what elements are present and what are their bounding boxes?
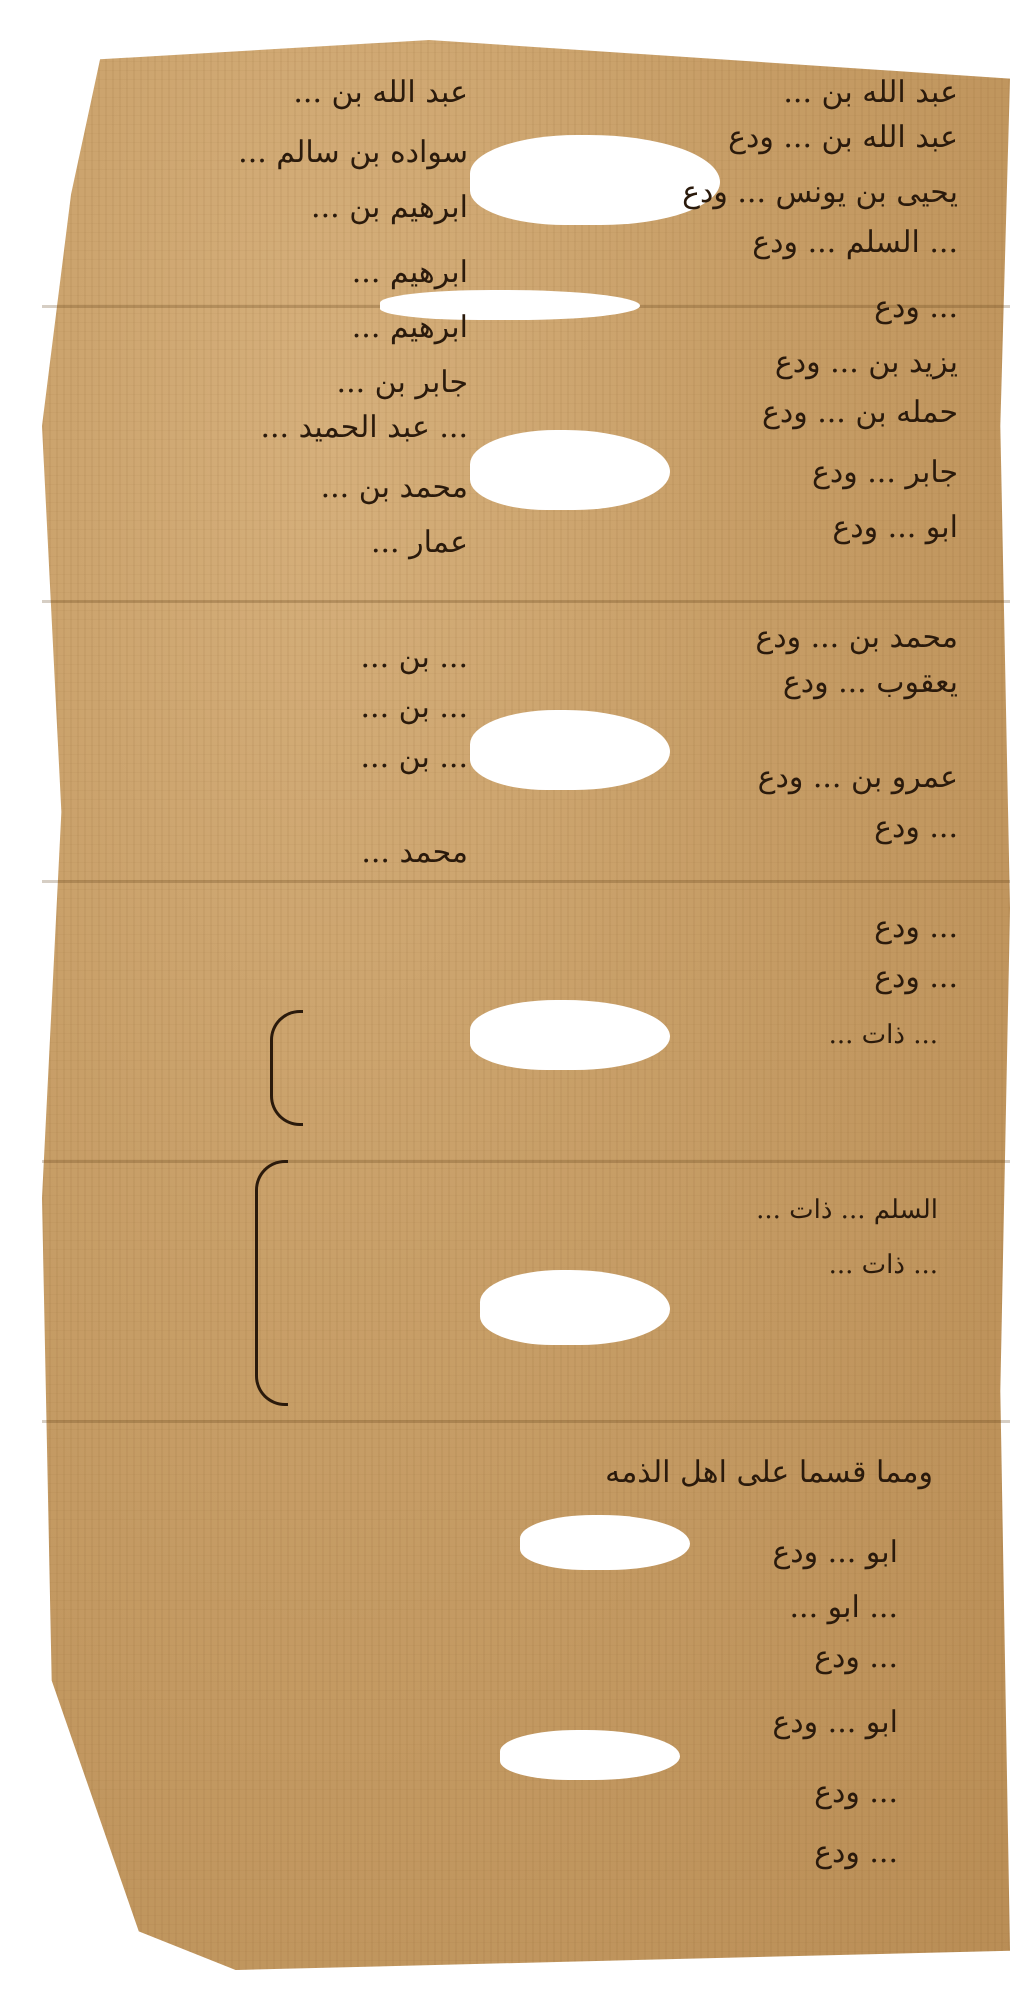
register-line: ... ودع — [814, 1835, 898, 1870]
fold-line — [42, 1160, 1010, 1163]
register-line: عمار ... — [371, 525, 468, 560]
register-line: ... ودع — [874, 960, 958, 995]
hole — [470, 430, 670, 510]
hole — [470, 1000, 670, 1070]
register-line: عبد الله بن ... ودع — [728, 120, 958, 155]
register-line: ... بن ... — [361, 690, 468, 725]
register-line: عبد الله بن ... — [783, 75, 958, 110]
register-line: ... ودع — [874, 810, 958, 845]
register-line: ... ودع — [874, 910, 958, 945]
register-line: محمد بن ... — [321, 470, 468, 505]
register-line: عبد الله بن ... — [293, 75, 468, 110]
register-line: يزيد بن ... ودع — [775, 345, 958, 380]
register-line: ابو ... ودع — [772, 1535, 898, 1570]
register-line: ... ابو ... — [790, 1590, 898, 1625]
register-line: ... بن ... — [361, 740, 468, 775]
hole — [470, 710, 670, 790]
register-line: ... ودع — [874, 290, 958, 325]
fold-line — [42, 1420, 1010, 1423]
register-line: ... بن ... — [361, 640, 468, 675]
register-line: ابرهيم ... — [352, 255, 468, 290]
bracket-line: السلم ... ذات ... — [756, 1195, 938, 1225]
register-line: ... عبد الحميد ... — [260, 410, 468, 445]
register-line: ... ودع — [814, 1775, 898, 1810]
register-line: ابرهيم بن ... — [311, 190, 468, 225]
bracket — [255, 1160, 288, 1406]
register-line: ... ودع — [814, 1640, 898, 1675]
hole — [480, 1270, 670, 1345]
register-line: محمد ... — [361, 835, 468, 870]
register-line: محمد بن ... ودع — [755, 620, 958, 655]
register-line: عمرو بن ... ودع — [758, 760, 958, 795]
section-heading: ومما قسما على اهل الذمه — [605, 1455, 933, 1490]
hole — [520, 1515, 690, 1570]
fold-line — [42, 600, 1010, 603]
register-line: ابو ... ودع — [772, 1705, 898, 1740]
bracket-line: ... ذات ... — [829, 1250, 938, 1280]
register-line: يحيى بن يونس ... ودع — [682, 175, 958, 210]
register-line: ابرهيم ... — [352, 310, 468, 345]
bracket — [270, 1010, 303, 1126]
fold-line — [42, 880, 1010, 883]
register-line: ابو ... ودع — [832, 510, 958, 545]
bracket-line: ... ذات ... — [829, 1020, 938, 1050]
hole — [500, 1730, 680, 1780]
register-line: سواده بن سالم ... — [238, 135, 468, 170]
register-line: يعقوب ... ودع — [783, 665, 958, 700]
register-line: جابر ... ودع — [812, 455, 958, 490]
register-line: جابر بن ... — [337, 365, 468, 400]
register-line: حمله بن ... ودع — [762, 395, 958, 430]
register-line: ... السلم ... ودع — [752, 225, 958, 260]
